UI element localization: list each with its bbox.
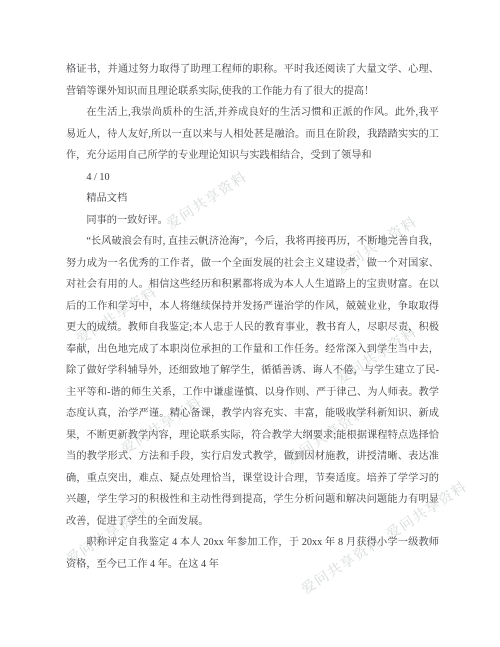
para-life-attitude: 在生活上,我崇尚质朴的生活,并养成良好的生活习惯和正派的作风。此外,我平易近人，…	[66, 102, 439, 167]
document-content: 格证书，并通过努力取得了助理工程师的职称。平时我还阅读了大量文学、心理、营销等课…	[66, 59, 439, 575]
doc-label-line: 精品文档	[66, 188, 439, 210]
para-continued-from-previous-page: 格证书，并通过努力取得了助理工程师的职称。平时我还阅读了大量文学、心理、营销等课…	[66, 59, 439, 102]
para-teacher-self-evaluation: “长风破浪会有时, 直挂云帆济沧海”，今后，我将再接再历，不断地完善自我，努力成…	[66, 231, 439, 532]
para-praise: 同事的一致好评。	[66, 210, 439, 232]
page-number-line: 4 / 10	[66, 167, 439, 189]
para-title-evaluation-4: 职称评定自我鉴定 4 本人 20xx 年参加工作，于 20xx 年 8 月获得小…	[66, 532, 439, 575]
document-page: 爱问共享资料爱问共享资料爱问共享资料爱问共享资料爱问共享资料爱问共享资料爱问共享…	[0, 0, 500, 647]
